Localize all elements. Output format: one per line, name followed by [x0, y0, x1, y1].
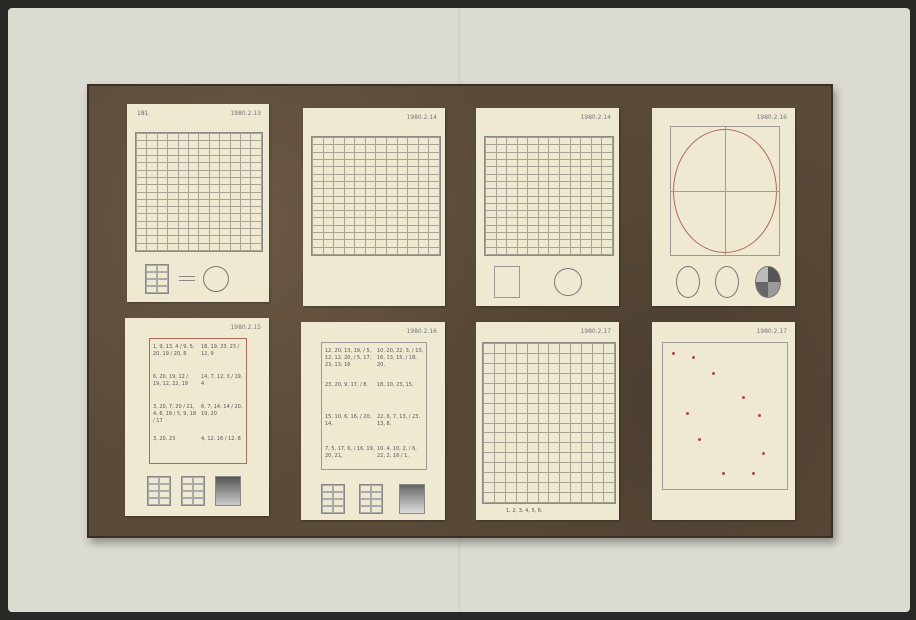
- sheet-date: 1980.2.17: [580, 328, 611, 335]
- sheet-footer-text: 1, 2, 3, 4, 5, 6.: [506, 508, 543, 514]
- wooden-board: 181 1980.2.13 1980.2.14 1980.2.14 1980.2…: [87, 84, 833, 538]
- sheet-date: 1980.2.14: [580, 114, 611, 121]
- shaded-grid-diagram: [215, 476, 241, 506]
- grid-cell: 18, 10, 23, 15,: [377, 382, 425, 389]
- grid-cell: 3, 20, 7, 20 / 21, 4, 6, 18 / 5, 9, 18 /…: [153, 404, 197, 425]
- sheet-top-2: 1980.2.14: [303, 108, 445, 306]
- sheet-date: 1980.2.13: [230, 110, 261, 117]
- number-table: [135, 132, 263, 252]
- square-circle-diagram: [494, 266, 520, 298]
- red-dot: [698, 438, 701, 441]
- shaded-circle-icon: [755, 266, 781, 298]
- sheet-date: 1980.2.16: [756, 114, 787, 121]
- sheet-bottom-3: 1980.2.17 1, 2, 3, 4, 5, 6.: [476, 322, 619, 520]
- dot-plot-frame: [662, 342, 788, 490]
- grid-cell: 12, 20, 13, 19, / 5, 12, 12, 20, / 5, 17…: [325, 348, 375, 369]
- number-table: [484, 136, 614, 256]
- grid-cell: 6, 7, 14, 14 / 20, 19, 20: [201, 404, 245, 418]
- sheet-top-1: 181 1980.2.13: [127, 104, 269, 302]
- red-dot: [686, 412, 689, 415]
- grid-cell: 22, 6, 7, 13, / 23, 13, 8,: [377, 414, 425, 428]
- grid-cell: 7, 5, 17, 6, / 16, 19, 20, 21,: [325, 446, 375, 460]
- sheet-top-4: 1980.2.16: [652, 108, 795, 306]
- red-dot: [692, 356, 695, 359]
- red-dot: [712, 372, 715, 375]
- grid-cell: 18, 19, 23, 23 / 12, 9: [201, 344, 245, 358]
- red-dot: [672, 352, 675, 355]
- grid-cell: 10, 20, 22, 3, / 10, 16, 13, 15, / 18, 2…: [377, 348, 425, 369]
- arrow-icon: [179, 276, 195, 281]
- grid-cell: 15, 10, 6, 16, / 20, 14,: [325, 414, 375, 428]
- grid-cell: 1, 9, 13, 4 / 9, 5, 20, 19 / 20, 8: [153, 344, 197, 358]
- number-table: [482, 342, 616, 504]
- vertical-divider: [725, 127, 726, 255]
- red-dot: [752, 472, 755, 475]
- numbered-circle-icon: [676, 266, 700, 298]
- mini-grid-diagram: [321, 484, 345, 514]
- sheet-date: 1980.2.14: [406, 114, 437, 121]
- grid-cell: 3, 20, 23: [153, 436, 197, 443]
- sheet-top-3: 1980.2.14: [476, 108, 619, 306]
- shaded-grid-diagram: [399, 484, 425, 514]
- sheet-date: 1980.2.17: [756, 328, 787, 335]
- grid-cell: 4, 12, 16 / 12, 8: [201, 436, 245, 443]
- mini-grid-diagram: [181, 476, 205, 506]
- sheet-date: 1980.2.16: [406, 328, 437, 335]
- numbered-circle-icon: [715, 266, 739, 298]
- number-table: [311, 136, 441, 256]
- red-dot: [742, 396, 745, 399]
- grid-cell: 6, 20, 19, 12 / 19, 12, 22, 19: [153, 374, 197, 388]
- mini-grid-diagram: [147, 476, 171, 506]
- mini-grid-diagram: [359, 484, 383, 514]
- grid-cell: 14, 7, 12, 3 / 19, 4: [201, 374, 245, 388]
- red-dot: [758, 414, 761, 417]
- sheet-bottom-1: 1980.2.15 1, 9, 13, 4 / 9, 5, 20, 19 / 2…: [125, 318, 269, 516]
- red-dot: [722, 472, 725, 475]
- grid-cell: 10, 4, 10, 2, / 6, 22, 2, 16 / 1,: [377, 446, 425, 460]
- sheet-bottom-2: 1980.2.16 12, 20, 13, 19, / 5, 12, 12, 2…: [301, 322, 445, 520]
- sheet-bottom-4: 1980.2.17: [652, 322, 795, 520]
- circle-frame: [670, 126, 780, 256]
- red-dot: [762, 452, 765, 455]
- segmented-circle-diagram: [554, 268, 582, 296]
- sheet-date: 1980.2.15: [230, 324, 261, 331]
- segmented-circle-diagram: [203, 266, 229, 292]
- grid-cell: 23, 20, 9, 17, / 8.: [325, 382, 375, 389]
- mini-grid-diagram: [145, 264, 169, 294]
- sheet-label: 181: [137, 110, 148, 117]
